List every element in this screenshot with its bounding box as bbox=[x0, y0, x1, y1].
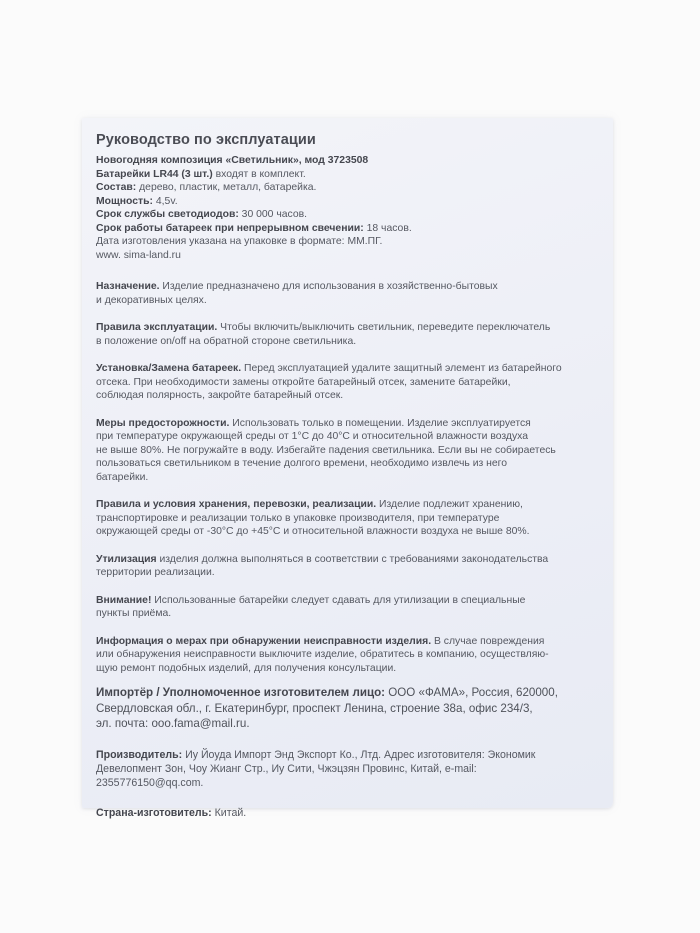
line-label: Новогодняя композиция «Светильник», мод … bbox=[96, 155, 368, 166]
section-purpose: Назначение. Изделие предназначено для ис… bbox=[96, 280, 599, 307]
led-lifetime-line: Срок службы светодиодов: 30 000 часов. bbox=[96, 208, 599, 222]
section-label: Утилизация bbox=[96, 554, 157, 565]
section-label: Информация о мерах при обнаружении неисп… bbox=[96, 636, 431, 647]
composition-line: Состав: дерево, пластик, металл, батарей… bbox=[96, 181, 599, 195]
line-label: Состав: bbox=[96, 182, 136, 193]
section-label: Правила эксплуатации. bbox=[96, 322, 217, 333]
manufacturer-label: Производитель: bbox=[96, 749, 182, 761]
section-label: Установка/Замена батареек. bbox=[96, 363, 241, 374]
instruction-sheet: Руководство по эксплуатации Новогодняя к… bbox=[82, 118, 613, 808]
section-warning: Внимание! Использованные батарейки следу… bbox=[96, 594, 599, 621]
line-label: Мощность: bbox=[96, 196, 153, 207]
importer-info: Импортёр / Уполномоченное изготовителем … bbox=[96, 685, 599, 732]
line-label: Батарейки LR44 (3 шт.) bbox=[96, 169, 213, 180]
product-name-line: Новогодняя композиция «Светильник», мод … bbox=[96, 154, 599, 168]
battery-runtime-line: Срок работы батареек при непрерывном све… bbox=[96, 222, 599, 236]
line-label: Срок службы светодиодов: bbox=[96, 209, 239, 220]
website-line: www. sima-land.ru bbox=[96, 249, 599, 263]
section-label: Правила и условия хранения, перевозки, р… bbox=[96, 499, 376, 510]
section-label: Меры предосторожности. bbox=[96, 418, 229, 429]
section-disposal: Утилизация изделия должна выполняться в … bbox=[96, 553, 599, 580]
batteries-line: Батарейки LR44 (3 шт.) входят в комплект… bbox=[96, 168, 599, 182]
country-of-origin: Страна-изготовитель: Китай. bbox=[96, 806, 599, 820]
product-info: Новогодняя композиция «Светильник», мод … bbox=[96, 154, 599, 262]
section-operating-rules: Правила эксплуатации. Чтобы включить/вык… bbox=[96, 321, 599, 348]
section-storage: Правила и условия хранения, перевозки, р… bbox=[96, 498, 599, 539]
importer-label: Импортёр / Уполномоченное изготовителем … bbox=[96, 686, 385, 699]
section-precautions: Меры предосторожности. Использовать толь… bbox=[96, 417, 599, 485]
section-malfunction: Информация о мерах при обнаружении неисп… bbox=[96, 635, 599, 676]
section-label: Назначение. bbox=[96, 281, 160, 292]
document-title: Руководство по эксплуатации bbox=[96, 132, 599, 148]
section-label: Внимание! bbox=[96, 595, 151, 606]
power-line: Мощность: 4,5v. bbox=[96, 195, 599, 209]
section-battery-replacement: Установка/Замена батареек. Перед эксплуа… bbox=[96, 362, 599, 403]
manufacture-date-line: Дата изготовления указана на упаковке в … bbox=[96, 235, 599, 249]
country-label: Страна-изготовитель: bbox=[96, 807, 212, 819]
manufacturer-info: Производитель: Иу Йоуда Импорт Энд Экспо… bbox=[96, 748, 599, 790]
line-label: Срок работы батареек при непрерывном све… bbox=[96, 223, 364, 234]
